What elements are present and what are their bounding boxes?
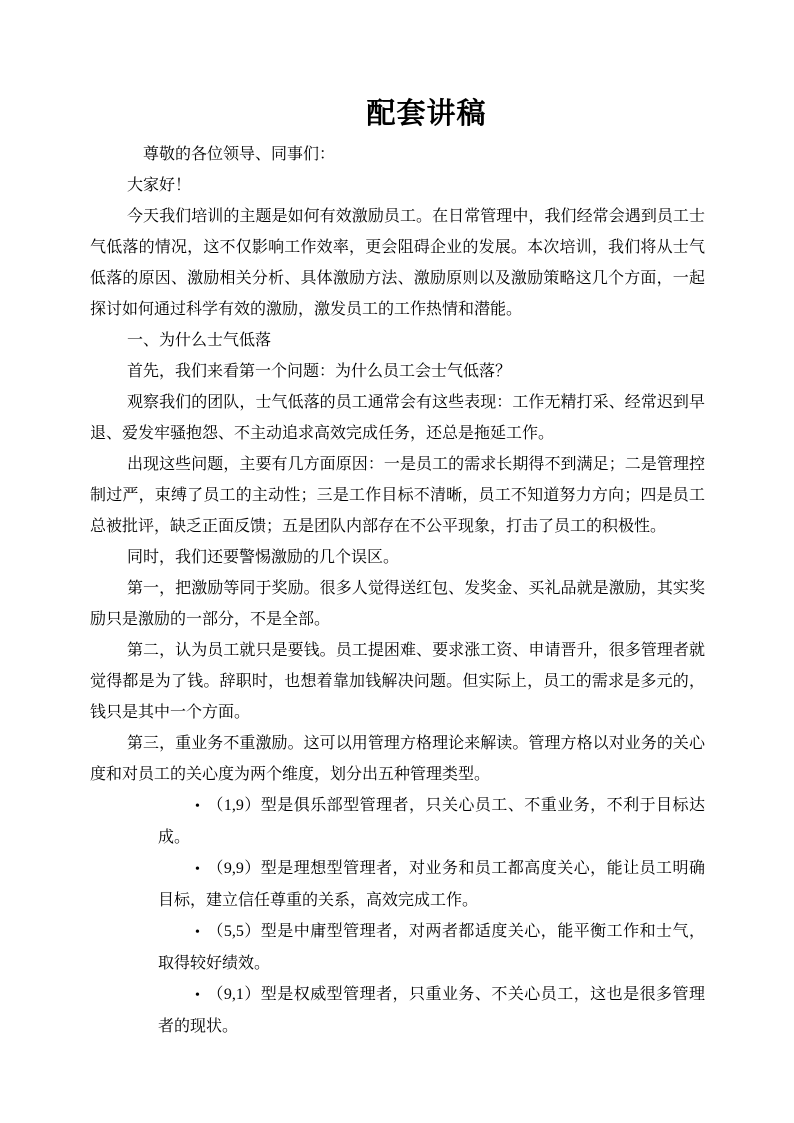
paragraph: 出现这些问题，主要有几方面原因：一是员工的需求长期得不到满足；二是管理控制过严，… [90,449,705,542]
bullet-icon: • [195,988,200,1003]
paragraph: 第一，把激励等同于奖励。很多人觉得送红包、发奖金、买礼品就是激励，其实奖励只是激… [90,573,705,635]
bullet-text: （1,9）型是俱乐部型管理者，只关心员工、不重业务，不利于目标达成。 [158,797,705,846]
paragraph: 第二，认为员工就只是要钱。员工提困难、要求涨工资、申请晋升，很多管理者就觉得都是… [90,635,705,728]
paragraph: 今天我们培训的主题是如何有效激励员工。在日常管理中，我们经常会遇到员工士气低落的… [90,201,705,325]
document-body: 尊敬的各位领导、同事们：大家好！今天我们培训的主题是如何有效激励员工。在日常管理… [90,139,705,1042]
bullet-item: •（9,1）型是权威型管理者，只重业务、不关心员工，这也是很多管理者的现状。 [158,979,705,1042]
bullet-item: •（9,9）型是理想型管理者，对业务和员工都高度关心，能让员工明确目标，建立信任… [158,853,705,916]
paragraph: 第三，重业务不重激励。这可以用管理方格理论来解读。管理方格以对业务的关心度和对员… [90,728,705,790]
bullet-icon: • [195,799,200,814]
bullet-icon: • [195,862,200,877]
bullet-item: •（5,5）型是中庸型管理者，对两者都适度关心，能平衡工作和士气，取得较好绩效。 [158,916,705,979]
paragraph: 同时，我们还要警惕激励的几个误区。 [90,542,705,573]
bullet-text: （5,5）型是中庸型管理者，对两者都适度关心，能平衡工作和士气，取得较好绩效。 [158,923,705,972]
bullet-text: （9,1）型是权威型管理者，只重业务、不关心员工，这也是很多管理者的现状。 [158,986,705,1035]
bullet-icon: • [195,925,200,940]
bullet-item: •（1,9）型是俱乐部型管理者，只关心员工、不重业务，不利于目标达成。 [158,790,705,853]
bullet-text: （9,9）型是理想型管理者，对业务和员工都高度关心，能让员工明确目标，建立信任尊… [158,860,705,909]
document-page: 配套讲稿 尊敬的各位领导、同事们：大家好！今天我们培训的主题是如何有效激励员工。… [0,0,794,1123]
paragraph: 尊敬的各位领导、同事们： [90,139,705,170]
document-title: 配套讲稿 [90,95,705,133]
paragraph: 观察我们的团队，士气低落的员工通常会有这些表现：工作无精打采、经常迟到早退、爱发… [90,387,705,449]
paragraph: 首先，我们来看第一个问题：为什么员工会士气低落？ [90,356,705,387]
paragraph: 一、为什么士气低落 [90,325,705,356]
paragraph: 大家好！ [90,170,705,201]
